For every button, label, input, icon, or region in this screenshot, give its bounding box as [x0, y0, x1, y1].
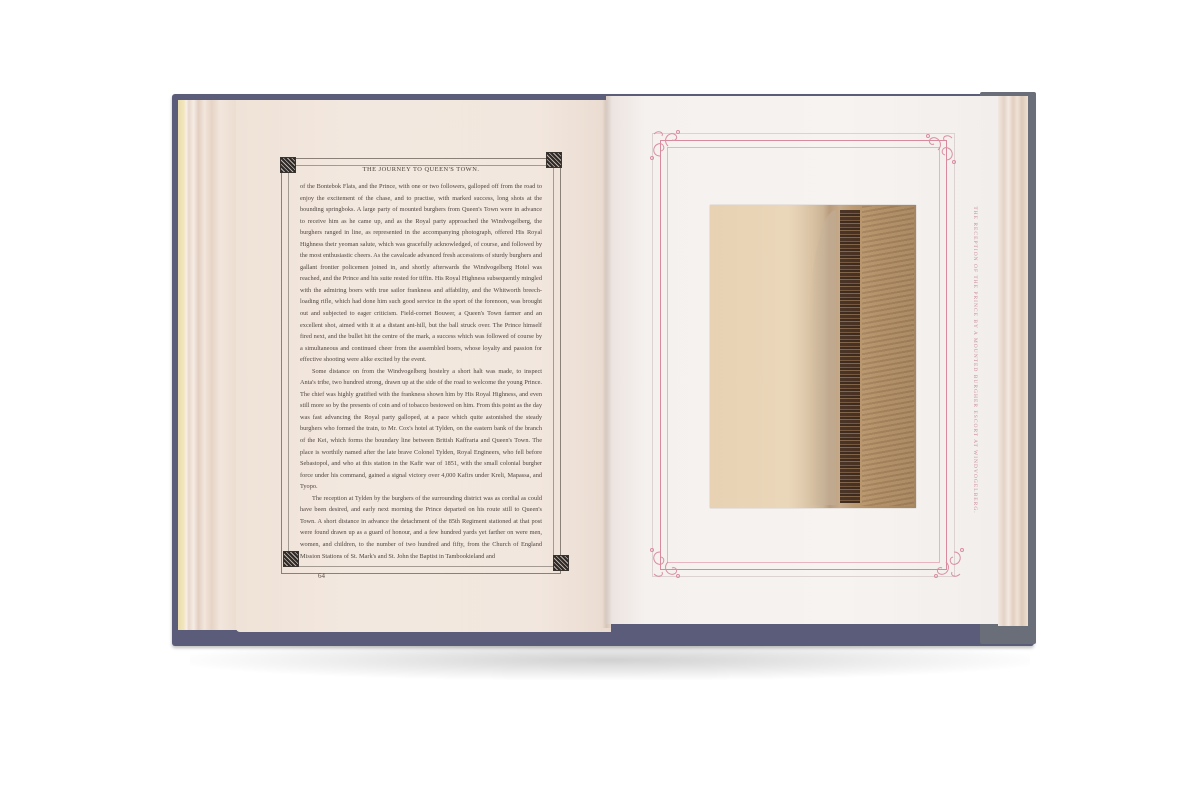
corner-ornament-icon — [283, 551, 299, 567]
book-shadow — [190, 640, 1030, 680]
photo-mounted-burghers — [840, 210, 860, 503]
running-head: THE JOURNEY TO QUEEN'S TOWN. — [290, 166, 552, 173]
swirl-ornament-icon — [648, 126, 682, 160]
swirl-ornament-icon — [932, 548, 966, 582]
paragraph: of the Bontebok Flats, and the Prince, w… — [300, 181, 542, 366]
paragraph: The reception at Tylden by the burghers … — [300, 493, 542, 562]
swirl-ornament-icon — [648, 548, 682, 582]
book-gutter — [602, 96, 612, 628]
left-page-edges — [178, 100, 238, 630]
photo-veld — [862, 206, 914, 506]
right-page-edges — [998, 96, 1028, 626]
plate-caption: THE RECEPTION OF THE PRINCE BY A MOUNTED… — [972, 206, 978, 513]
page-number: 64 — [318, 572, 325, 580]
swirl-ornament-icon — [924, 130, 958, 164]
paragraph: Some distance on from the Windvogelberg … — [300, 366, 542, 493]
corner-ornament-icon — [553, 555, 569, 571]
body-text: of the Bontebok Flats, and the Prince, w… — [300, 181, 542, 562]
